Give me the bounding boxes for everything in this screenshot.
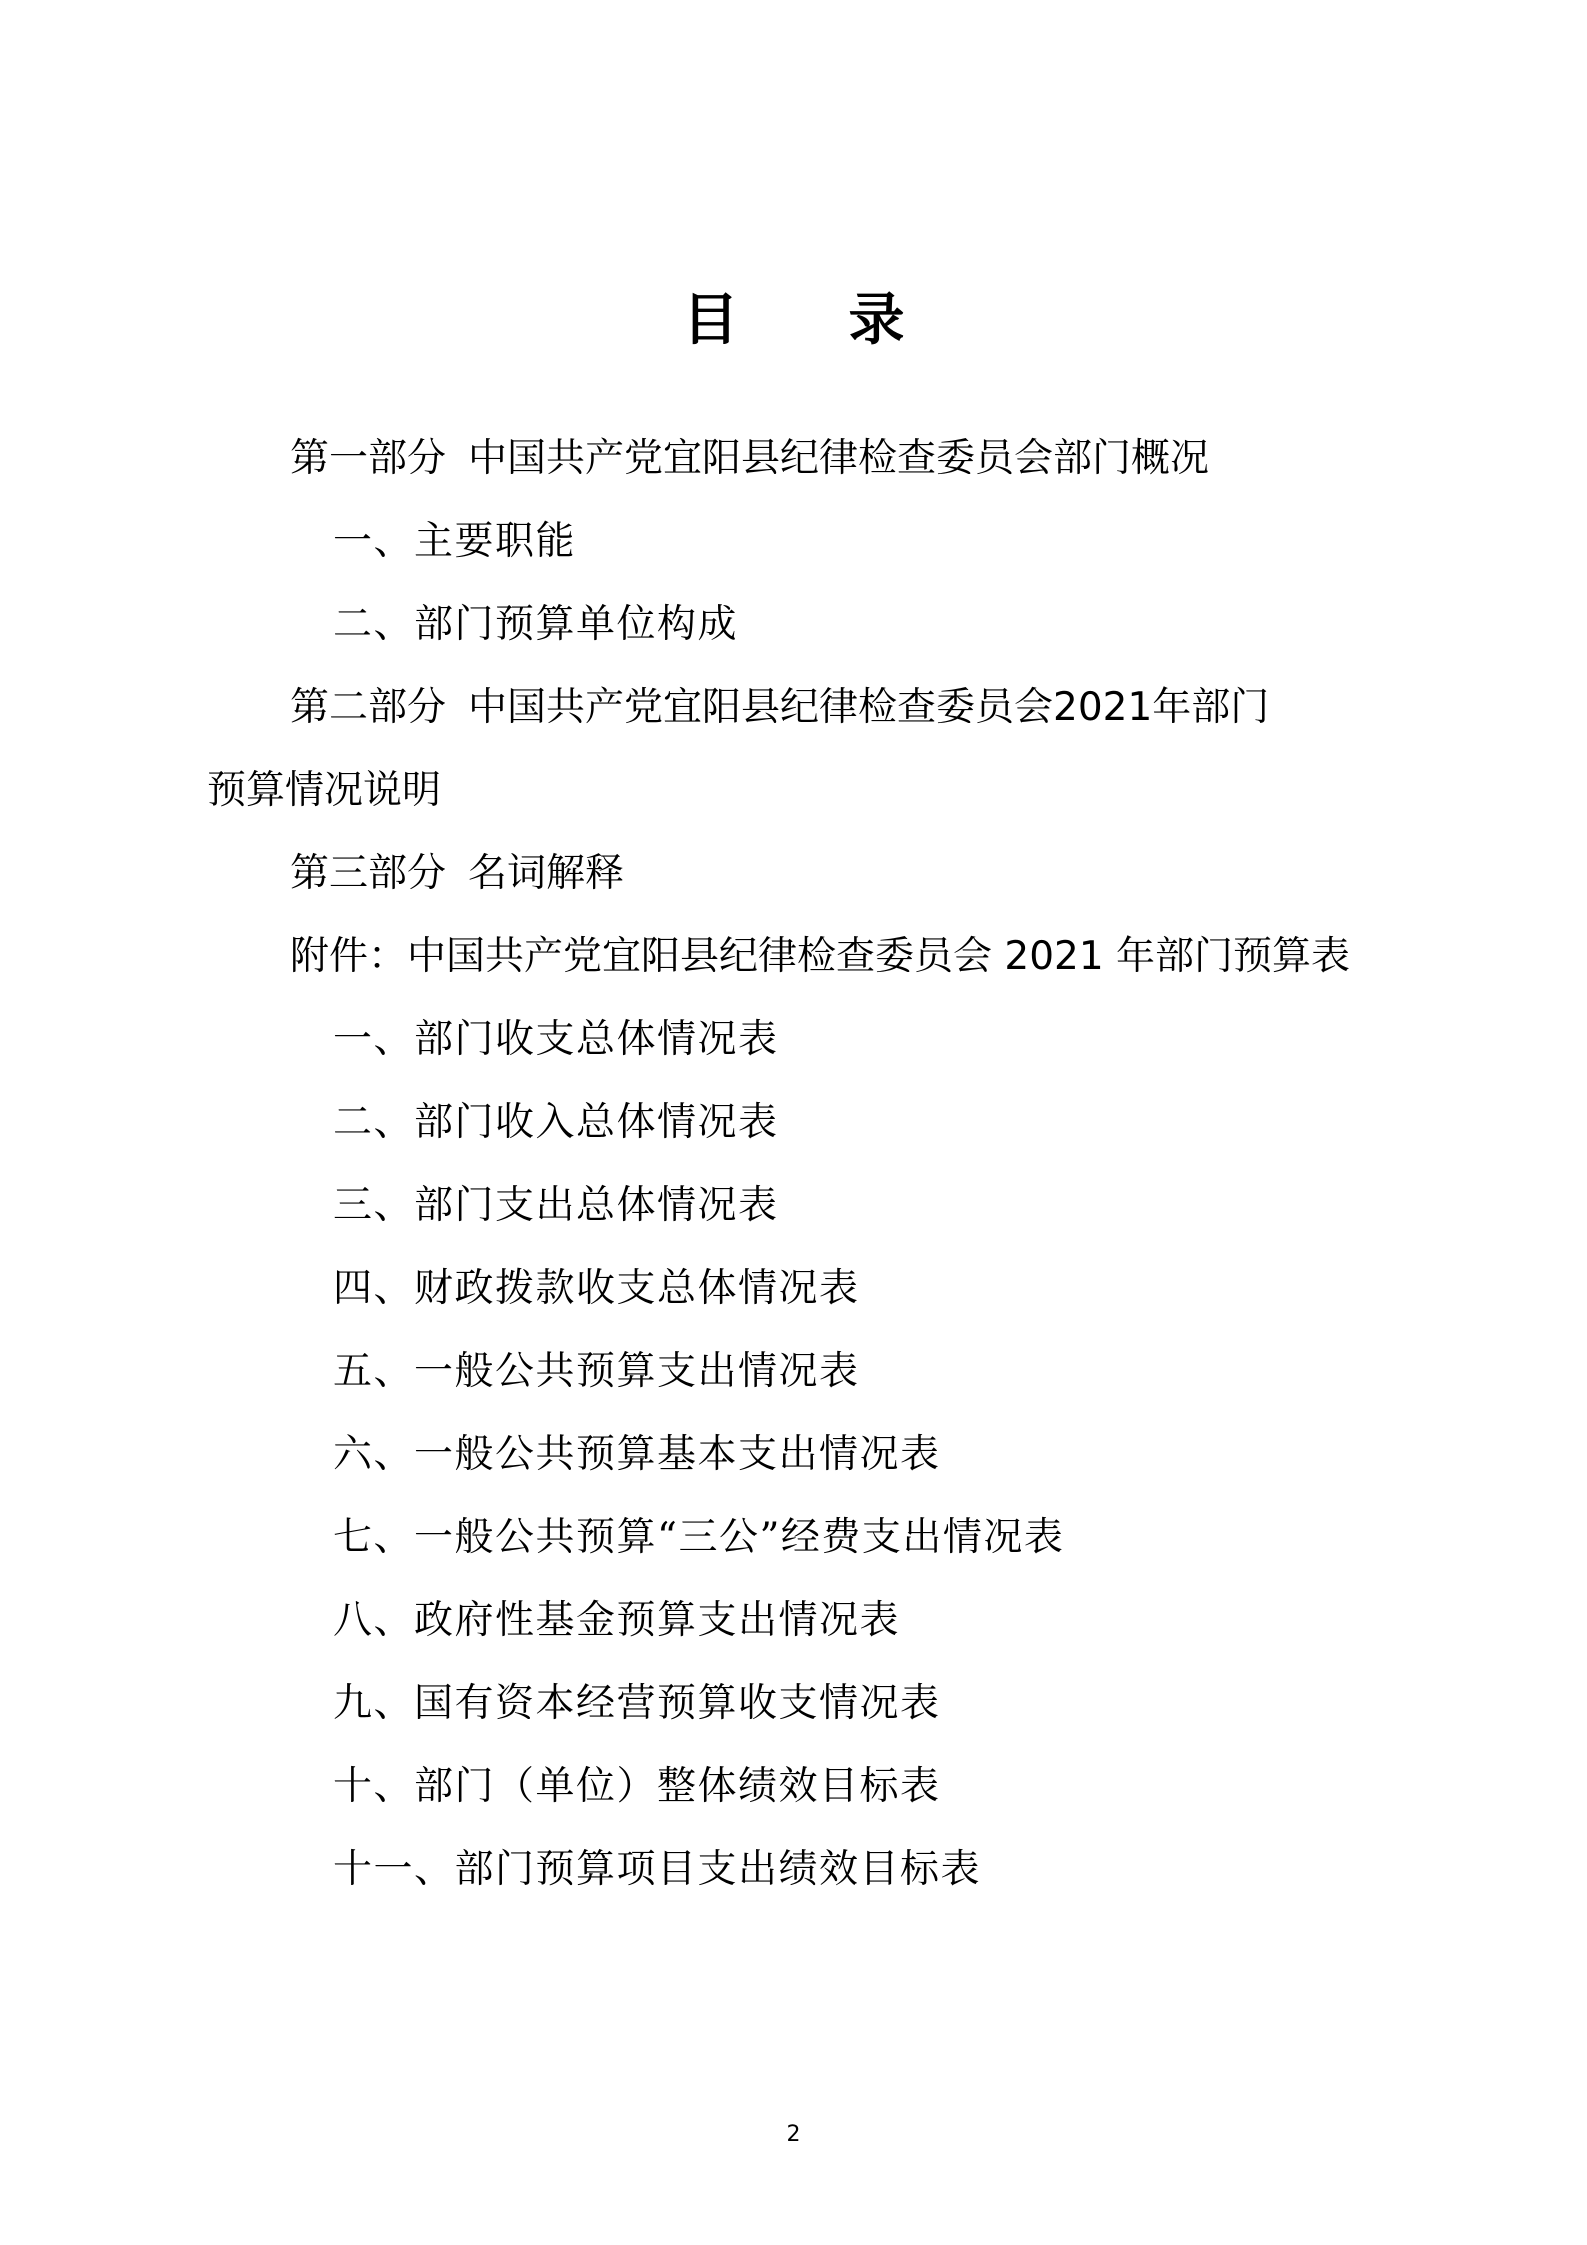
toc-part3-label: 第三部分	[290, 851, 446, 896]
toc-part2-text: 中国共产党宜阳县纪律检查委员会2021年部门	[468, 685, 1269, 730]
toc-part2-heading[interactable]: 第二部分中国共产党宜阳县纪律检查委员会2021年部门	[0, 666, 1587, 749]
toc-part1-label: 第一部分	[290, 436, 446, 481]
toc-attachment-item-7[interactable]: 七、一般公共预算“三公”经费支出情况表	[0, 1496, 1587, 1579]
toc-part1-item-1[interactable]: 一、主要职能	[0, 500, 1587, 583]
title-char-1: 目	[683, 282, 739, 358]
toc-part3-text: 名词解释	[468, 851, 624, 896]
toc-attachment-item-2[interactable]: 二、部门收入总体情况表	[0, 1081, 1587, 1164]
toc-attachment-item-3[interactable]: 三、部门支出总体情况表	[0, 1164, 1587, 1247]
toc-attachment-heading[interactable]: 附件：中国共产党宜阳县纪律检查委员会 2021 年部门预算表	[0, 915, 1587, 998]
toc-part1-heading[interactable]: 第一部分中国共产党宜阳县纪律检查委员会部门概况	[0, 417, 1587, 500]
toc-part2-label: 第二部分	[290, 685, 446, 730]
title-char-2: 录	[849, 282, 905, 358]
document-page: 目录 第一部分中国共产党宜阳县纪律检查委员会部门概况 一、主要职能 二、部门预算…	[0, 0, 1587, 2245]
toc-part1-item-2[interactable]: 二、部门预算单位构成	[0, 583, 1587, 666]
toc-part1-text: 中国共产党宜阳县纪律检查委员会部门概况	[468, 436, 1209, 481]
table-of-contents: 第一部分中国共产党宜阳县纪律检查委员会部门概况 一、主要职能 二、部门预算单位构…	[0, 417, 1587, 1911]
toc-attachment-item-5[interactable]: 五、一般公共预算支出情况表	[0, 1330, 1587, 1413]
page-title: 目录	[0, 282, 1587, 358]
toc-attachment-item-1[interactable]: 一、部门收支总体情况表	[0, 998, 1587, 1081]
page-number: 2	[0, 2120, 1587, 2150]
toc-part2-heading-continued[interactable]: 预算情况说明	[0, 749, 1587, 832]
toc-attachment-item-4[interactable]: 四、财政拨款收支总体情况表	[0, 1247, 1587, 1330]
toc-attachment-item-10[interactable]: 十、部门（单位）整体绩效目标表	[0, 1745, 1587, 1828]
toc-part3-heading[interactable]: 第三部分名词解释	[0, 832, 1587, 915]
toc-attachment-item-9[interactable]: 九、国有资本经营预算收支情况表	[0, 1662, 1587, 1745]
toc-attachment-item-8[interactable]: 八、政府性基金预算支出情况表	[0, 1579, 1587, 1662]
toc-attachment-item-6[interactable]: 六、一般公共预算基本支出情况表	[0, 1413, 1587, 1496]
toc-attachment-item-11[interactable]: 十一、部门预算项目支出绩效目标表	[0, 1828, 1587, 1911]
